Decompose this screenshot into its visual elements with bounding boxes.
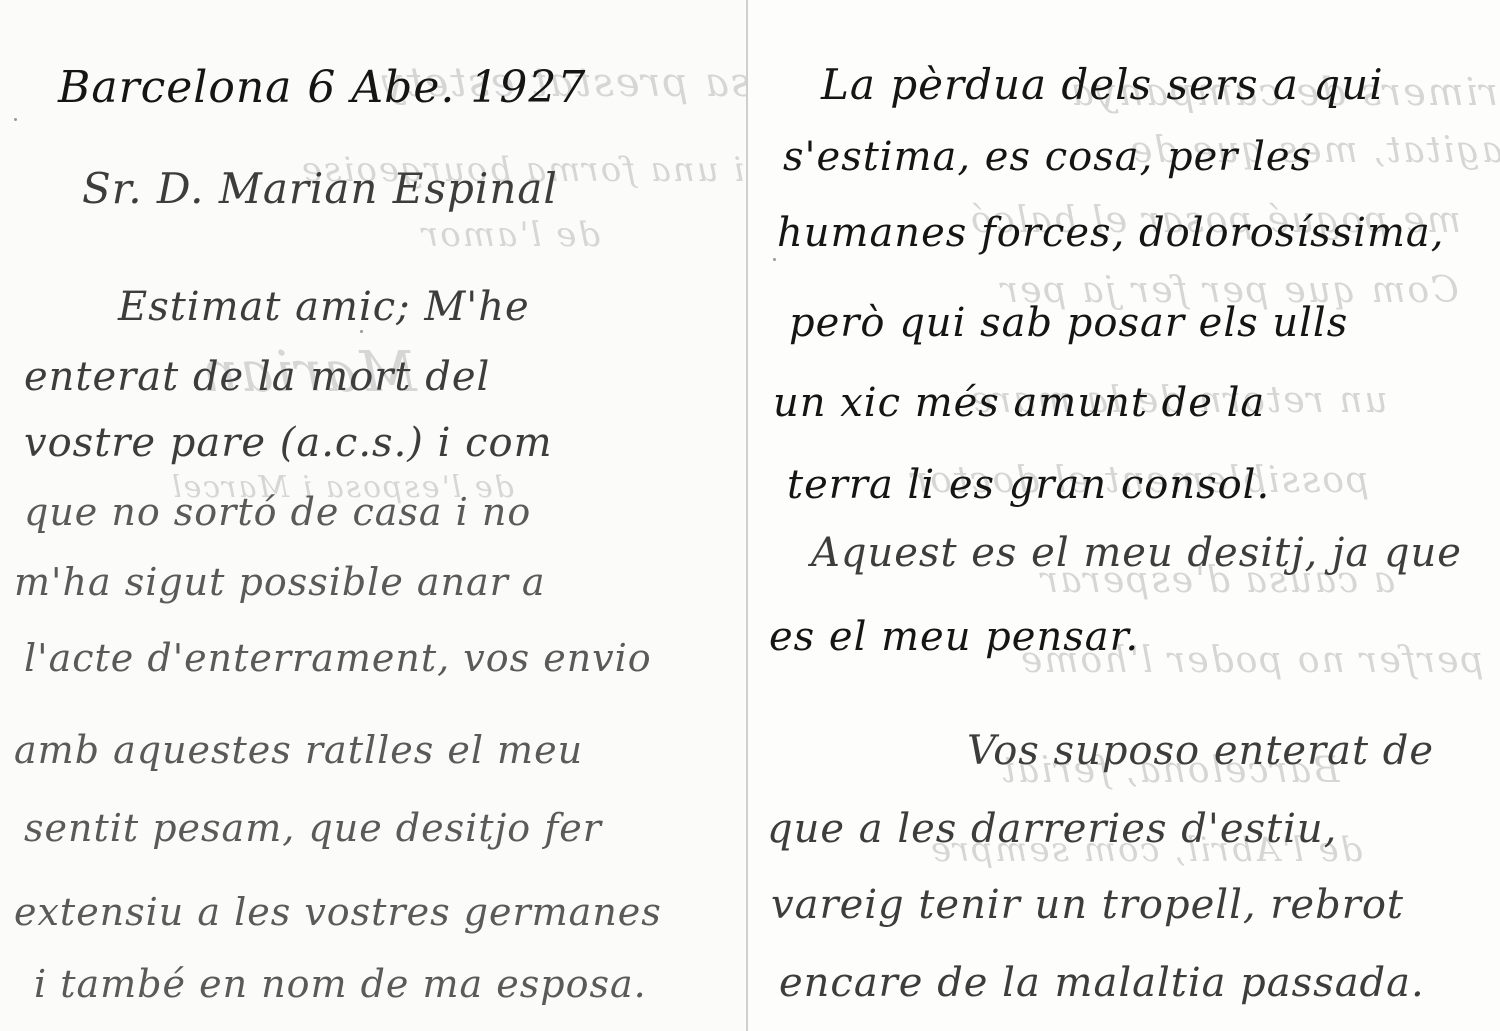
- body-line: enterat de la mort del: [24, 354, 490, 400]
- body-line: m'ha sigut possible anar a: [14, 560, 546, 604]
- paper-speck: [773, 258, 776, 261]
- body-line: vostre pare (a.c.s.) i com: [24, 420, 553, 466]
- body-line: però qui sab posar els ulls: [789, 300, 1348, 346]
- body-line: Estimat amic; M'he: [118, 284, 530, 330]
- body-line: es el meu pensar.: [769, 614, 1139, 660]
- salutation: Sr. D. Marian Espinal: [82, 164, 558, 213]
- body-line: que a les darreries d'estiu,: [767, 806, 1337, 852]
- body-line: un xic més amunt de la: [773, 380, 1265, 426]
- body-line: Aquest es el meu desitj, ja que: [811, 530, 1462, 576]
- body-line: vareig tenir un tropell, rebrot: [771, 882, 1404, 928]
- body-line: humanes forces, dolorosíssima,: [777, 210, 1444, 256]
- date-line: Barcelona 6 Abe. 1927: [58, 62, 586, 113]
- body-line: amb aquestes ratlles el meu: [14, 728, 583, 772]
- paper-speck: [14, 118, 17, 121]
- body-line: que no sortó de casa i no: [24, 490, 531, 534]
- body-line: l'acte d'enterrament, vos envio: [24, 636, 652, 680]
- body-line: i també en nom de ma esposa.: [34, 962, 647, 1006]
- paper-speck: [360, 330, 363, 333]
- body-line: terra li es gran consol.: [787, 462, 1270, 508]
- left-page: cosa prestat estety i una forma bourgeoi…: [0, 0, 747, 1031]
- right-page: dels primers de campanya agitat, mes que…: [749, 0, 1500, 1031]
- body-line: Vos suposo enterat de: [967, 728, 1434, 774]
- body-line: encare de la malaltia passada.: [779, 960, 1425, 1006]
- letter-scan: cosa prestat estety i una forma bourgeoi…: [0, 0, 1500, 1031]
- body-line: extensiu a les vostres germanes: [14, 890, 662, 934]
- body-line: La pèrdua dels sers a qui: [821, 60, 1384, 109]
- body-line: s'estima, es cosa, per les: [783, 134, 1312, 180]
- bleed-text: de l'amor: [420, 215, 600, 255]
- body-line: sentit pesam, que desitjo fer: [24, 806, 602, 850]
- page-divider: [746, 0, 748, 1031]
